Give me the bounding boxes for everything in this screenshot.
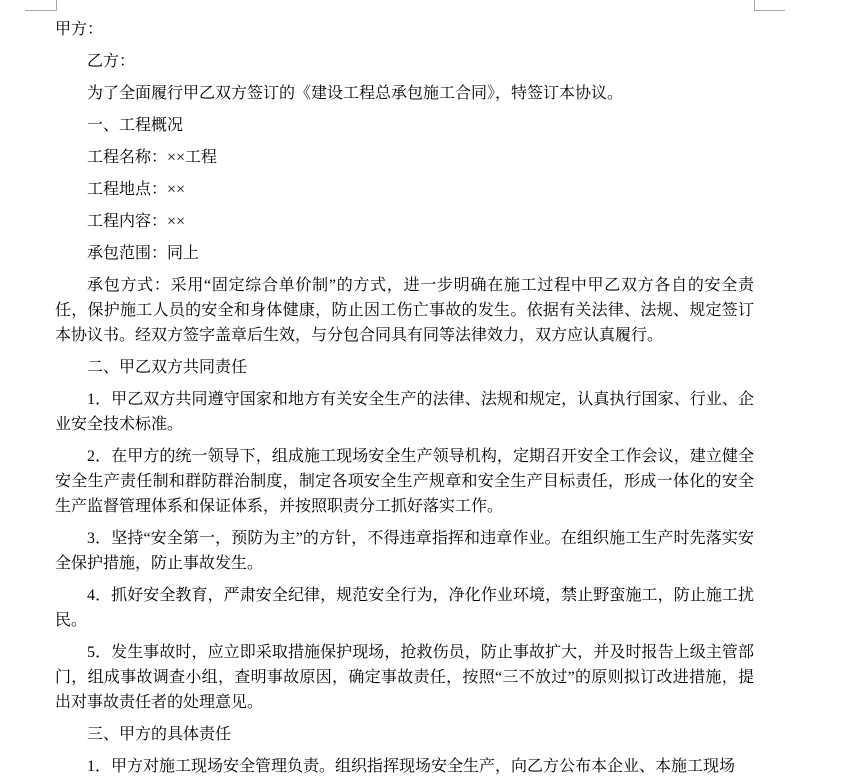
project-location-line: 工程地点：××: [55, 177, 754, 202]
party-b-label: 乙方：: [55, 49, 754, 74]
joint-duty-item-3: 3．坚持“安全第一，预防为主”的方针，不得违章指挥和违章作业。在组织施工生产时先…: [55, 526, 754, 576]
contract-method-paragraph: 承包方式：采用“固定综合单价制”的方式，进一步明确在施工过程中甲乙双方各自的安全…: [55, 273, 754, 348]
party-a-duty-item-1: 1．甲方对施工现场安全管理负责。组织指挥现场安全生产，向乙方公布本企业、本施工现…: [55, 754, 754, 779]
project-name-line: 工程名称：××工程: [55, 145, 754, 170]
section-3-heading: 三、甲方的具体责任: [55, 722, 754, 747]
section-1-heading: 一、工程概况: [55, 113, 754, 138]
joint-duty-item-5: 5．发生事故时，应立即采取措施保护现场，抢救伤员，防止事故扩大，并及时报告上级主…: [55, 640, 754, 715]
joint-duty-item-2: 2．在甲方的统一领导下，组成施工现场安全生产领导机构，定期召开安全工作会议，建立…: [55, 444, 754, 519]
document-page[interactable]: 甲方： 乙方： 为了全面履行甲乙双方签订的《建设工程总承包施工合同》，特签订本协…: [0, 0, 846, 780]
preamble-paragraph: 为了全面履行甲乙双方签订的《建设工程总承包施工合同》，特签订本协议。: [55, 81, 754, 106]
document-text-area[interactable]: 甲方： 乙方： 为了全面履行甲乙双方签订的《建设工程总承包施工合同》，特签订本协…: [55, 17, 754, 780]
section-2-heading: 二、甲乙双方共同责任: [55, 355, 754, 380]
text-boundary-mark-top-right: [754, 0, 785, 11]
project-content-line: 工程内容：××: [55, 209, 754, 234]
joint-duty-item-4: 4．抓好安全教育，严肃安全纪律，规范安全行为，净化作业环境，禁止野蛮施工，防止施…: [55, 583, 754, 633]
party-a-label: 甲方：: [55, 17, 754, 42]
text-boundary-mark-top-left: [25, 0, 57, 11]
contract-scope-line: 承包范围：同上: [55, 241, 754, 266]
joint-duty-item-1: 1．甲乙双方共同遵守国家和地方有关安全生产的法律、法规和规定，认真执行国家、行业…: [55, 387, 754, 437]
